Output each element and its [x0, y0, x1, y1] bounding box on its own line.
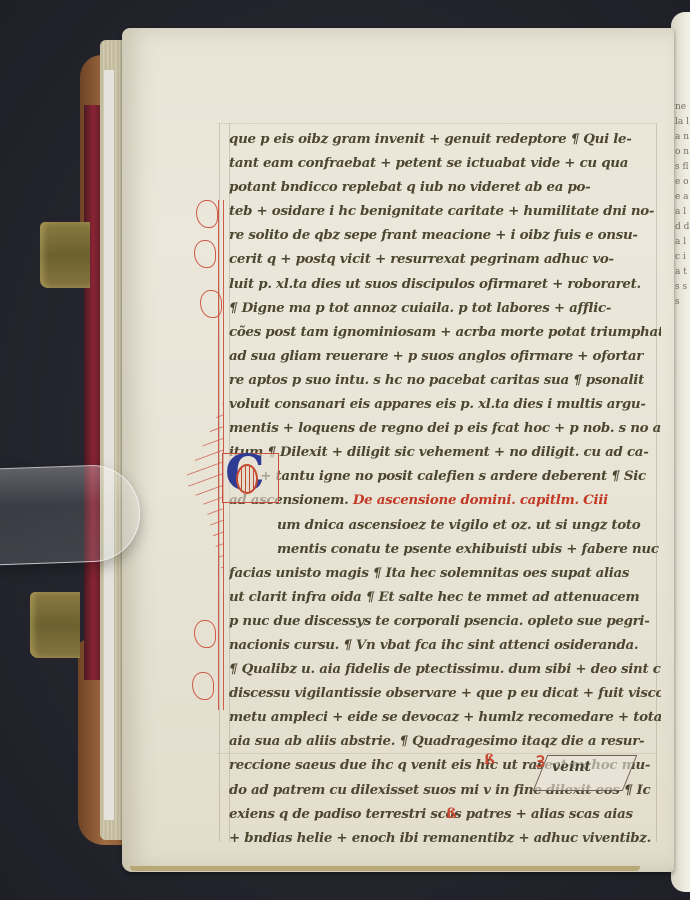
text-line: metu ampleci + eide se devocaz + humlz r… [229, 705, 661, 729]
initial-infill [236, 464, 258, 494]
text-line: que p eis oibz gram invenit + genuit red… [229, 127, 661, 151]
text-line: ut clarit infra oida ¶ Et salte hec te m… [229, 585, 661, 609]
ruling-line [217, 123, 656, 124]
page-gilt-edge [130, 866, 640, 871]
text-line: aia sua ab aliis abstrie. ¶ Quadragesimo… [229, 729, 661, 753]
text-line: nacionis cursu. ¶ Vn vbat fca ihc sint a… [229, 633, 661, 657]
text-line: cerit q + postq vicit + resurrexat pegri… [229, 247, 661, 271]
text-line-with-rubric: ad ascensionem. De ascensione domini. ca… [229, 488, 661, 512]
text-line: re solito de qbz sepe frant meacione + i… [229, 223, 661, 247]
text-line: facias unisto magis ¶ Ita hec solemnitas… [229, 561, 661, 585]
text-line: voluit consanari eis appares eis p. xl.t… [229, 392, 661, 416]
penwork-curl [194, 240, 216, 268]
red-doodle: ß [446, 806, 457, 822]
flyleaf [104, 70, 114, 820]
text-line: um dnica ascensioez te vigilo et oz. ut … [229, 513, 661, 537]
red-doodle: ß [484, 752, 495, 768]
text-line: itum ¶ Dilexit + diligit sic vehement + … [229, 440, 661, 464]
text-line: mentis conatu te psente exhibuisti ubis … [229, 537, 661, 561]
text-line: ¶ Qualibz u. aia fidelis de ptectissimu.… [229, 657, 661, 681]
fabric-clasp-bottom [30, 592, 80, 658]
next-page-text-fragment: ne la la no ns fle oe aa ld da lc ia ts … [675, 100, 690, 720]
penwork-curl [192, 672, 214, 700]
red-doodle: Ꝫ [536, 750, 545, 772]
text-line: ad sua gliam reuerare + p suos anglos of… [229, 344, 661, 368]
rubric-heading: De ascensione domini. capitlm. Ciii [353, 492, 608, 508]
text-line: exiens q de padiso terrestri scos patres… [229, 802, 661, 826]
penwork-curl [200, 290, 222, 318]
penwork-curl [194, 620, 216, 648]
fabric-clasp-top [40, 222, 90, 288]
text-line: ¶ Digne ma p tot annoz cuiaila. p tot la… [229, 296, 661, 320]
main-text-block: que p eis oibz gram invenit + genuit red… [229, 127, 661, 850]
text-line: mentis + loquens de regno dei p eis fcat… [229, 416, 661, 440]
catchword: veint [552, 759, 591, 775]
text-line: discessu vigilantissie observare + que p… [229, 681, 661, 705]
text-line: tant eam confraebat + petent se ictuabat… [229, 151, 661, 175]
glass-page-weight [0, 463, 142, 565]
text-line: p nuc due discessys te corporali psencia… [229, 609, 661, 633]
penwork-curl [196, 200, 218, 228]
text-line: lem + tantu igne no posit calefien s ard… [229, 464, 661, 488]
text-line: cões post tam ignominiosam + acrba morte… [229, 320, 661, 344]
text-line: teb + osidare i hc benignitate caritate … [229, 199, 661, 223]
text-line: luit p. xl.ta dies ut suos discipulos of… [229, 272, 661, 296]
text-line: + bndias helie + enoch ibi remanentibz +… [229, 826, 661, 850]
text-line: re aptos p suo intu. s hc no pacebat car… [229, 368, 661, 392]
decorated-initial: C [222, 453, 279, 503]
text-line: potant bndicco replebat q iub no videret… [229, 175, 661, 199]
